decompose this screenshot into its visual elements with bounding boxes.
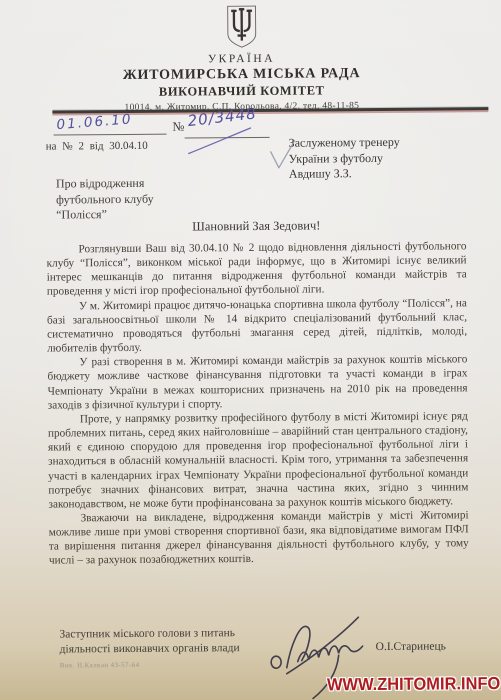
reply-reference: на № 2 від 30.04.10 <box>46 140 148 153</box>
pen-slash-icon <box>189 128 251 153</box>
recipient-block: Заслуженому тренеру України з футболу Ав… <box>289 135 400 182</box>
site-watermark: WWW.ZHITOMIR.INFO <box>327 673 500 695</box>
handwritten-date: 01.06.10 <box>56 111 133 133</box>
recipient-line: України з футболу <box>289 150 400 166</box>
signer-title-line: діяльності виконавчих органів влади <box>60 641 240 657</box>
recipient-line: Авдишу З.З. <box>289 166 400 182</box>
recipient-line: Заслуженому тренеру <box>289 135 400 151</box>
date-underline <box>54 134 167 136</box>
number-sign: № <box>172 120 184 135</box>
letterhead-country: УКРАЇНА <box>0 51 485 67</box>
signer-title-line: Заступник міського голови з питань <box>59 626 239 642</box>
signer-title: Заступник міського голови з питань діяль… <box>59 626 239 657</box>
letterhead-department: ВИКОНАВЧИЙ КОМІТЕТ <box>0 82 485 101</box>
body-paragraph: Розглянувши Ваш від 30.04.10 № 2 щодо ві… <box>46 239 466 299</box>
subject-block: Про відродження футбольного клубу “Поліс… <box>56 176 154 223</box>
letter-body: Розглянувши Ваш від 30.04.10 № 2 щодо ві… <box>46 239 469 568</box>
number-underline <box>185 137 270 139</box>
scanned-letter-photo: УКРАЇНА ЖИТОМИРСЬКА МІСЬКА РАДА ВИКОНАВЧ… <box>0 0 501 700</box>
subject-line: футбольного клубу <box>56 191 154 207</box>
body-paragraph: У м. Житомирі працює дитячо-юнацька спор… <box>47 296 467 356</box>
letterhead: УКРАЇНА ЖИТОМИРСЬКА МІСЬКА РАДА ВИКОНАВЧ… <box>0 2 485 114</box>
signer-name: О.І.Старинець <box>376 640 446 653</box>
body-paragraph: Зважаючи на викладене, відродження коман… <box>49 508 469 568</box>
ukraine-trident-icon <box>224 4 258 50</box>
body-paragraph: У разі створення в м. Житомирі команди м… <box>47 353 467 413</box>
subject-line: Про відродження <box>56 176 154 192</box>
salutation: Шановний Зая Зедович! <box>46 217 466 235</box>
executor-note: Вик. Н.Калкан 43-57-64 <box>60 661 140 670</box>
document-page: УКРАЇНА ЖИТОМИРСЬКА МІСЬКА РАДА ВИКОНАВЧ… <box>0 0 501 700</box>
body-paragraph: Проте, у напрямку розвитку професійного … <box>48 409 469 511</box>
